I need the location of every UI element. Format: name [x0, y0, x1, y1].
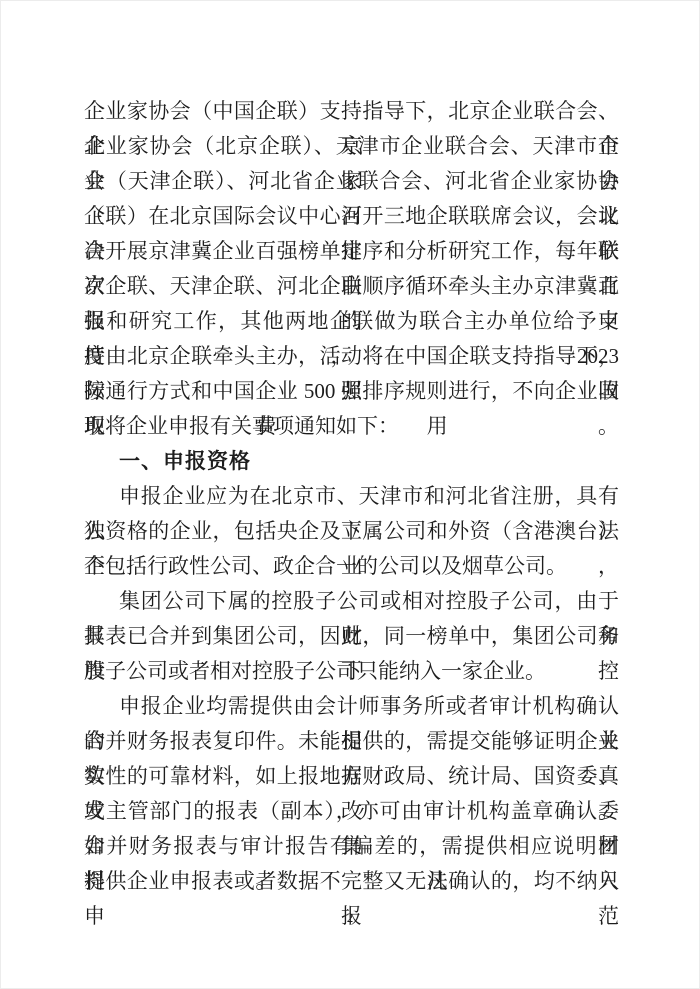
text-line: 集团公司下属的控股子公司或相对控股子公司，由于其财务 — [84, 584, 619, 619]
text-line: 际通行方式和中国企业 500 强排序规则进行，不向企业收取费用。 — [84, 374, 619, 409]
text-line: 股子公司或者相对控股子公司只能纳入一家企业。 — [84, 654, 619, 689]
text-line: 企业家协会（北京企联）、天津市企业联合会、天津市企业家协 — [84, 129, 619, 164]
text-line: 合开展京津冀企业百强榜单排序和分析研究工作，每年依次由北 — [84, 234, 619, 269]
text-line: 不包括行政性公司、政企合一的公司以及烟草公司。 — [84, 549, 619, 584]
text-line: 提供企业申报表或者数据不完整又无法确认的，均不纳入申报范 — [84, 864, 619, 899]
text-line: 报和研究工作，其他两地企联做为联合主办单位给予支持，2023 — [84, 304, 619, 339]
document-page: 企业家协会（中国企联）支持指导下，北京企业联合会、北京市企业家协会（北京企联）、… — [0, 0, 700, 989]
text-line: 报表已合并到集团公司，因此，同一榜单中，集团公司和旗下控 — [84, 619, 619, 654]
text-line: 企联）在北京国际会议中心召开三地企联联席会议，会议决定联 — [84, 199, 619, 234]
text-line: 合并财务报表复印件。未能提供的，需提交能够证明企业数据真 — [84, 724, 619, 759]
text-line: 合并财务报表与审计报告有偏差的，需提供相应说明材料。凡只 — [84, 829, 619, 864]
text-line: 实性的可靠材料，如上报地方财政局、统计局、国资委、发改委 — [84, 759, 619, 794]
text-line: 申报企业均需提供由会计师事务所或者审计机构确认的相关 — [84, 689, 619, 724]
text-line: 度由北京企联牵头主办，活动将在中国企联支持指导下，按照国 — [84, 339, 619, 374]
text-line: 企业家协会（中国企联）支持指导下，北京企业联合会、北京市 — [84, 94, 619, 129]
text-line: 人资格的企业，包括央企及下属公司和外资（含港澳台）企业， — [84, 514, 619, 549]
text-line: 会（天津企联）、河北省企业联合会、河北省企业家协会（河北 — [84, 164, 619, 199]
text-line: 申报企业应为在北京市、天津市和河北省注册，具有独立法 — [84, 479, 619, 514]
page-number: 2 — [1, 909, 699, 927]
section-heading: 一、申报资格 — [84, 444, 619, 479]
text-line: 或主管部门的报表（副本），亦可由审计机构盖章确认。如集团 — [84, 794, 619, 829]
text-line: 京企联、天津企联、河北企联顺序循环牵头主办京津冀百强的申 — [84, 269, 619, 304]
text-block: 企业家协会（中国企联）支持指导下，北京企业联合会、北京市企业家协会（北京企联）、… — [84, 94, 619, 899]
